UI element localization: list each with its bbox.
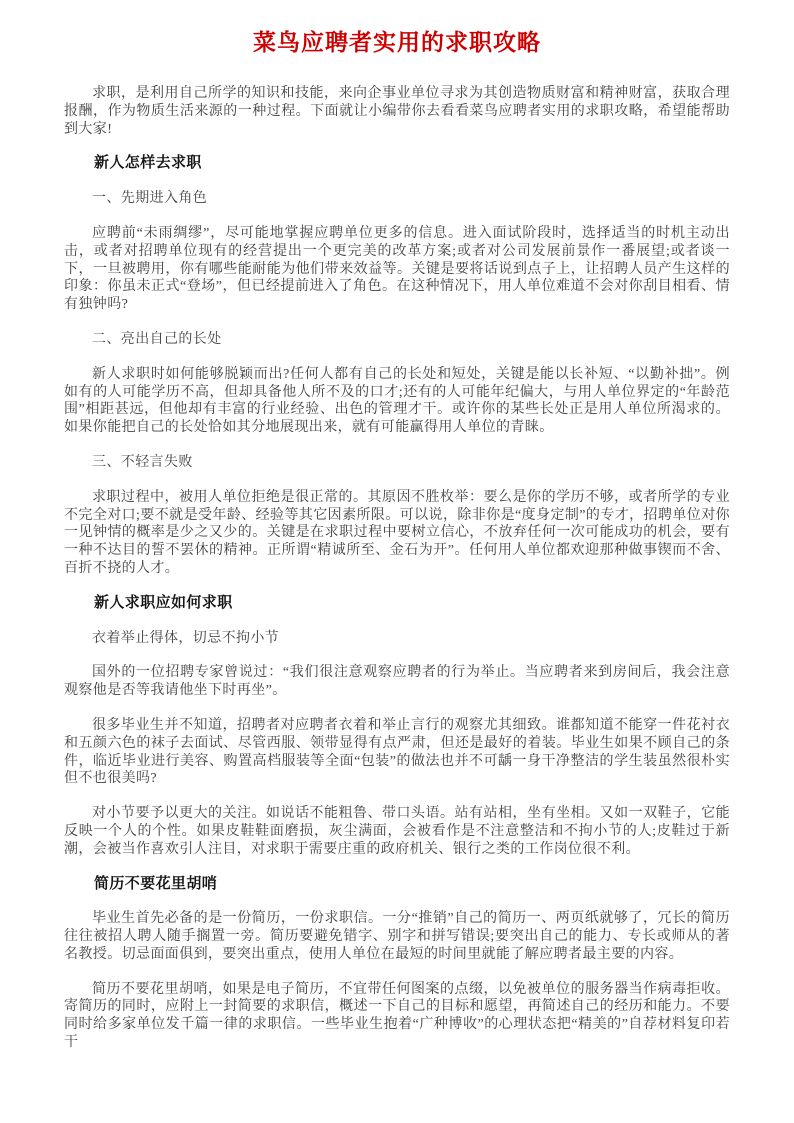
paragraph: 很多毕业生并不知道，招聘者对应聘者衣着和举止言行的观察尤其细致。谁都知道不能穿一… [64,717,730,788]
page-title: 菜鸟应聘者实用的求职攻略 [64,27,730,59]
section-heading: 新人怎样去求职 [64,155,730,173]
paragraph: 求职，是利用自己所学的知识和技能，来向企事业单位寻求为其创造物质财富和精神财富，… [64,85,730,138]
paragraph: 一、先期进入角色 [64,190,730,208]
paragraph: 简历不要花里胡哨，如果是电子简历，不宜带任何图案的点缀，以免被单位的服务器当作病… [64,981,730,1052]
document-body: 求职，是利用自己所学的知识和技能，来向企事业单位寻求为其创造物质财富和精神财富，… [64,85,730,1052]
paragraph: 求职过程中，被用人单位拒绝是很正常的。其原因不胜枚举：要么是你的学历不够，或者所… [64,489,730,578]
paragraph: 对小节要予以更大的关注。如说话不能粗鲁、带口头语。站有站相，坐有坐相。又如一双鞋… [64,805,730,858]
paragraph: 应聘前“未雨绸缪”，尽可能地掌握应聘单位更多的信息。进入面试阶段时，选择适当的时… [64,225,730,314]
paragraph: 新人求职时如何能够脱颖而出?任何人都有自己的长处和短处，关键是能以长补短、“以勤… [64,366,730,437]
paragraph: 二、亮出自己的长处 [64,331,730,349]
section-heading: 简历不要花里胡哨 [64,876,730,894]
paragraph: 衣着举止得体，切忌不拘小节 [64,630,730,648]
paragraph: 三、不轻言失败 [64,454,730,472]
paragraph: 国外的一位招聘专家曾说过：“我们很注意观察应聘者的行为举止。当应聘者来到房间后，… [64,664,730,700]
section-heading: 新人求职应如何求职 [64,595,730,613]
paragraph: 毕业生首先必备的是一份简历，一份求职信。一分“推销”自己的简历一、两页纸就够了，… [64,910,730,963]
document-page: 菜鸟应聘者实用的求职攻略 求职，是利用自己所学的知识和技能，来向企事业单位寻求为… [0,0,794,1123]
